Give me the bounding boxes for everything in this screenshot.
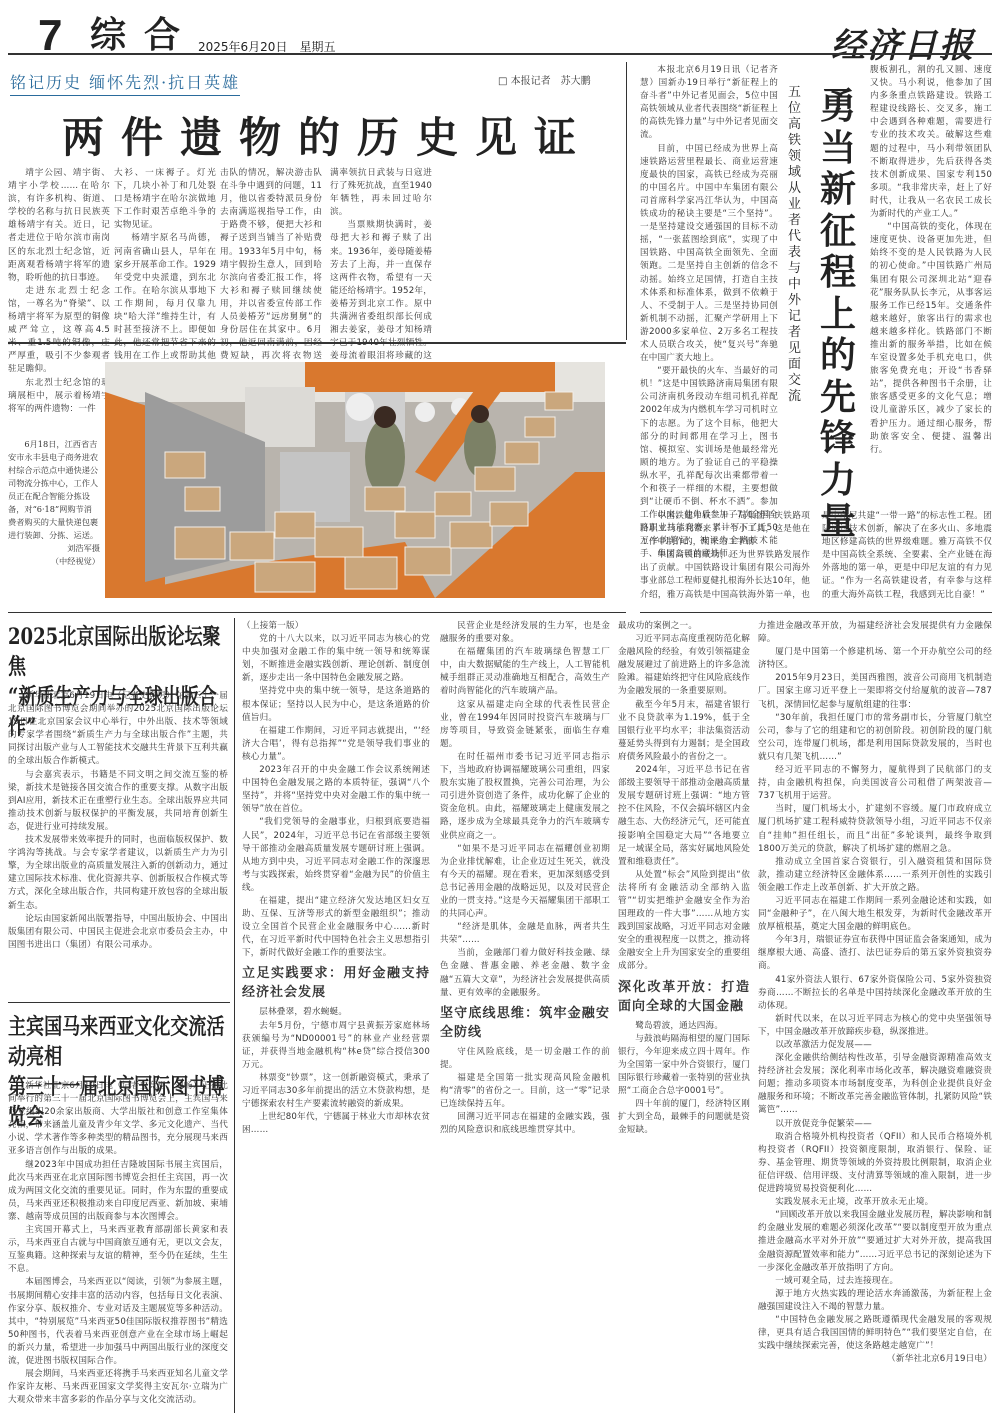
article2-vertical-title: 勇当新征程上的先锋力量 [820,86,860,543]
paragraph: 取消合格境外机构投资者（QFII）和人民币合格境外机构投资者（RQFII）投资额… [758,1131,992,1196]
paragraph: 本报北京6月19日讯（记者齐慧）国新办19日举行“新征程上的奋斗者”中外记者见面… [640,64,778,143]
paragraph: 本届图博会，马来西亚以“阅读，引领”为参展主题，书展期间精心安排丰富的活动内容，… [8,1276,228,1368]
article4-body: 新华社北京6月19日电（记者史竞男、刘畅）正在此间举行的第三十一届北京国际图书博… [8,1080,228,1407]
paragraph: “我们党领导的金融事业，归根到底要造福人民”，2024年，习近平总书记在省部级主… [242,816,430,895]
paragraph: 厦门是中国第一个修建机场、第一个开办航空公司的经济特区。 [758,646,992,672]
article5-col4: 力推进金融改革开放，为福建经济社会发展提供有力金融保障。 厦门是中国第一个修建机… [758,620,992,1366]
paragraph: “中国高铁的变化，体现在速度更快、设备更加先进，但始终不变的是人民铁路为人民的初… [870,221,992,457]
paragraph: 党的十八大以来，以习近平同志为核心的党中央加强对金融工作的集中统一领导和统筹谋划… [242,633,430,685]
paragraph: 目前，中国已经成为世界上高速铁路运营里程最长、商业运营速度最快的国家，高铁已经成… [640,143,778,366]
subheading-bottom-line: 坚守底线思维：筑牢金融安全防线 [440,1004,610,1042]
paragraph: 林票变“钞票”，这一创新融资模式，秉承了习近平同志30多年前提出的活立木贷款构想… [242,1072,430,1111]
paragraph: 在福耀集团的汽车玻璃绿色智慧工厂中，由大数据赋能的生产线上，人工智能机械手组群正… [440,646,610,698]
paragraph: 一域可观全局，过去连接现在。 [758,1275,992,1288]
photo-bottom-rule [8,612,626,613]
paragraph: 主宾国开幕式上，马来西亚教育部副部长黄家和表示，马来西亚自古就与中国商旅互通有无… [8,1224,228,1276]
dateline: （新华社北京6月19日电） [758,1353,992,1366]
paragraph: 深化金融供给侧结构性改革，引导金融资源精准高效支持经济社会发展；深化利率市场化改… [758,1052,992,1117]
article5-col3: 最成功的案例之一。 习近平同志高度重视防范化解金融风险的经验，有效引领福建金融发… [618,620,750,1137]
paragraph: 力推进金融改革开放，为福建经济社会发展提供有力金融保障。 [758,620,992,646]
paragraph: 以改革激活力促发展—— [758,1039,992,1052]
photo-credit: 刘浩军摄 [8,542,100,555]
paragraph: 当前，金融部门着力做好科技金融、绿色金融、普惠金融、养老金融、数字金融“五篇大文… [440,947,610,999]
article3-body: 新华社北京6月19日电（记者史竞男）在第三十一届北京国际图书博览会期间举办的20… [8,690,228,952]
paragraph: 靖宇公园、靖宇街、靖宇小学校……在哈尔滨，有许多机构、街道、学校的名称与抗日民族… [8,167,110,285]
article1-col1: 靖宇公园、靖宇街、靖宇小学校……在哈尔滨，有许多机构、街道、学校的名称与抗日民族… [8,167,110,416]
paragraph: 经习近平同志的不懈努力，厦航得到了民航部门的支持，由金融机构担保，向美国波音公司… [758,764,992,803]
paragraph: 习近平同志在福建工作期间一系列金融论述和实践，如同“金融种子”，在八闽大地生根发… [758,895,992,934]
headline-line1: 主宾国马来西亚文化交流活动亮相 [8,1012,229,1072]
paragraph: 在福建工作期间，习近平同志就提出，“‘经济大合唱’，得有总指挥”“党是领导我们事… [242,725,430,764]
paragraph: 2023年召开的中央金融工作会议系统阐述中国特色金融发展之路的本质特征，强调“八… [242,764,430,816]
paragraph: 今年3月，瑞银证券宣布获得中国证监会备案通知，成为继摩根大通、高盛、渣打、法巴证… [758,934,992,973]
paragraph: 在福建，提出“建立经济欠发达地区妇女互助、互保、互济等形式的新型金融组织”；推动… [242,895,430,960]
paragraph: 中国铁建中铁二十一局集团平庆铁路项目职工马小利带来了一个小工具，这是他在工作中制… [640,510,810,549]
paragraph: 从处置“标会”风险到提出“依法将所有金融活动全部纳入监管”“切实把维护金融安全作… [618,869,750,974]
section-title: 综合 [90,14,198,56]
paragraph: 继2023年中国成功担任吉隆坡国际书展主宾国后，此次马来西亚在北京国际图书博览会… [8,1159,228,1224]
paragraph: 去年5月份，宁德市周宁县黄振芳家庭林场获颁编号为“ND00001号”的林业产业经… [242,1020,430,1072]
paper-logo: 经济日报 [831,18,975,67]
article2-vertical-subtitle: 五位高铁领域从业者代表与中外记者见面交流 [788,85,804,405]
paragraph: 源于地方火热实践的理论活水奔涌激荡，为新征程上金融强国建设注入不竭的智慧力量。 [758,1288,992,1314]
paragraph: 杨靖宇原名马尚德，河南省确山县人，早年在家乡开展革命工作。1929年受党中央派遣… [114,232,216,376]
headline-line1: 2025北京国际出版论坛聚焦 [8,622,229,682]
paragraph: 展会期间，马来西亚还将携手马来西亚知名儿童文学作家许友彬、马来西亚国家文学奖得主… [8,1368,228,1407]
paragraph: 上世纪80年代，宁德属于林业大市却林农贫困…… [242,1111,430,1137]
paragraph: 当时，厦门机场太小，扩建刻不容缓。厦门市政府成立厦门机场扩建工程科威特贷款领导小… [758,803,992,855]
left-column-divider [234,618,235,1413]
paragraph: 技术发展带来效率提升的同时，也面临版权保护、数字鸿沟等挑战。与会专家学者建议，以… [8,834,228,913]
paragraph: 与鼓浪屿隔海相望的厦门国际银行，今年迎来成立四十周年。作为全国第一家中外合资银行… [618,1033,750,1098]
paragraph: 实践发展永无止境，改革开放永无止境。 [758,1196,992,1209]
paragraph: 福建是全国第一批实现高风险金融机构“清零”的省份之一。目前，这一“零”记录已连续… [440,1072,610,1111]
paragraph: 以开放促竞争促繁荣—— [758,1118,992,1131]
article5-col1: （上接第一版） 党的十八大以来，以习近平同志为核心的党中央加强对金融工作的集中统… [242,620,430,1137]
page-number: 7 [38,16,62,56]
article2-bottom-rule [640,612,992,613]
article1-headline: 两件遗物的历史见证 [62,105,593,165]
paragraph: 民营企业是经济发展的生力军，也是金融服务的重要对象。 [440,620,610,646]
paragraph: 坚持党中央的集中统一领导，是这条道路的根本保证；坚持以人民为中心，是这条道路的价… [242,685,430,724]
caption-text: 6月18日，江西省吉安市永丰县电子商务进农村综合示范点中通快递公司物流分拣中心，… [8,438,100,542]
article1-kicker: 铭记历史 缅怀先烈·抗日英雄 [10,70,240,96]
subheading-reform: 深化改革开放：打造面向全球的大国金融 [618,978,750,1016]
paragraph: “经济是肌体，金融是血脉，两者共生共荣”…… [440,921,610,947]
article1-border-right [626,62,627,340]
paragraph: 新时代以来，在以习近平同志为核心的党中央坚强领导下，中国金融改革开放蹄疾步稳，纵… [758,1013,992,1039]
paragraph: 截至今年5月末，福建省银行业不良贷款率为1.19%，低于全国银行业平均水平；非法… [618,699,750,764]
article2-bottom: 中国铁建中铁二十一局集团平庆铁路项目职工马小利带来了一个小工具，这是他在工作中制… [640,510,992,602]
paragraph: “如果不是习近平同志在福耀创业初期为企业排忧解难，让企业迈过生死关，就没有今天的… [440,843,610,922]
article2-col2: 腹板割孔，割的孔又圆、速度又快。马小利说，他参加了国内多条重点铁路建设。铁路工程… [870,64,992,457]
paragraph: 2024年，习近平总书记在省部级主要领导干部推动金融高质量发展专题研讨班上强调：… [618,764,750,869]
logistics-sorting-photo [105,362,605,598]
photo-source: （中经视觉） [8,555,100,568]
paragraph: 2015年9月23日，美国西雅图，波音公司商用飞机制造厂。国家主席习近平登上一架… [758,672,992,711]
paragraph: 习近平同志高度重视防范化解金融风险的经验，有效引领福建金融发展避过了前进路上的许… [618,633,750,698]
paragraph: 满率领抗日武装与日寇进行了殊死抗战，直至1940年牺牲，再未回过哈尔滨。 [330,167,432,219]
paragraph: 与会嘉宾表示，书籍是不同文明之间交流互鉴的桥梁，新技术是链接各国交流合作的重要支… [8,769,228,834]
article1-byline: □ 本报记者 苏大鹏 [498,72,591,87]
paragraph: 推动成立全国首家合资银行，引入融资租赁和国际贷款，推动建立经济特区金融体系……一… [758,856,992,895]
paragraph: 走进东北烈士纪念馆，一尊名为“脊梁”、以杨靖宇将军为原型的铜像威严耸立，这尊高4… [8,285,110,377]
masthead-rule [8,53,992,55]
paragraph: 回溯习近平同志在福建的金融实践，强烈的风险意识和底线思维贯穿其中。 [440,1111,610,1137]
article3-bottom-rule [8,1002,230,1003]
paragraph: 守住风险底线，是一切金融工作的前提。 [440,1046,610,1072]
paragraph: 腹板割孔，割的孔又圆、速度又快。马小利说，他参加了国内多条重点铁路建设。铁路工程… [870,64,992,221]
paragraph: “30年前，我担任厦门市的常务副市长，分管厦门航空公司，参与了它的组建和它的初创… [758,712,992,764]
article2-col1: 本报北京6月19日讯（记者齐慧）国新办19日举行“新征程上的奋斗者”中外记者见面… [640,64,778,562]
paragraph: 在时任福州市委书记习近平同志指示下，当地政府协调福耀玻璃公司重组，四家股东实施了… [440,751,610,843]
paragraph: 鹭岛碧波，通达四海。 [618,1020,750,1033]
paragraph: 四十年前的厦门，经济特区刚扩大到全岛，最棘手的问题就是资金短缺。 [618,1098,750,1137]
paragraph: “回顾改革开放以来我国金融业发展历程，解决影响和制约金融业发展的难题必须深化改革… [758,1209,992,1274]
photo-caption: 6月18日，江西省吉安市永丰县电子商务进农村综合示范点中通快递公司物流分拣中心，… [8,438,100,568]
paragraph: 东北烈士纪念馆的玻璃展柜中，展示着杨靖宇将军的两件遗物：一件 [8,377,110,416]
paragraph: “中国特色金融发展之路既遵循现代金融发展的客观规律，更具有适合我国国情的鲜明特色… [758,1314,992,1353]
subheading-practice: 立足实践要求：用好金融支持经济社会发展 [242,964,430,1002]
continued-marker: （上接第一版） [242,620,430,633]
paragraph: 论坛由国家新闻出版署指导，中国出版协会、中国出版集团有限公司、中国民主促进会北京… [8,913,228,952]
paragraph: 层林叠翠，碧水蜿蜒。 [242,1006,430,1019]
paragraph: 大衫、一床褥子。灯光下，几块小补丁和几处裂口是杨靖宇在哈尔滨做地下工作时艰苦卓绝… [114,167,216,232]
photo-illustration [105,362,605,598]
paragraph: 新华社北京6月19日电（记者史竞男）在第三十一届北京国际图书博览会期间举办的20… [8,690,228,769]
paragraph: 这家从福建走向全球的代表性民营企业，曾在1994年因同时投资汽车玻璃与厂房等项目… [440,699,610,751]
article1-bottom-rule [8,342,626,344]
paragraph: 41家外资法人银行、67家外资保险公司、5家外资独资券商……不断拉长的名单是中国… [758,974,992,1013]
paragraph: 新华社北京6月19日电（记者史竞男、刘畅）正在此间举行的第三十一届北京国际图书博… [8,1080,228,1159]
article5-col2: 民营企业是经济发展的生力军，也是金融服务的重要对象。 在福耀集团的汽车玻璃绿色智… [440,620,610,1137]
paragraph: 最成功的案例之一。 [618,620,750,633]
